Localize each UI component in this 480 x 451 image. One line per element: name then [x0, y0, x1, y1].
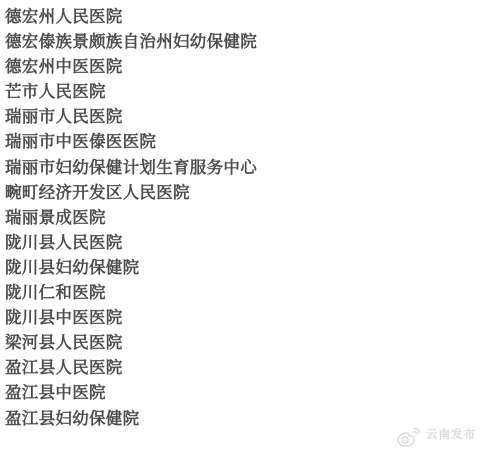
list-item: 陇川县人民医院 — [5, 231, 480, 256]
list-item: 陇川仁和医院 — [5, 281, 480, 306]
list-item: 陇川县妇幼保健院 — [5, 256, 480, 281]
watermark-text: 云南发布 — [426, 430, 476, 445]
list-item: 畹町经济开发区人民医院 — [5, 181, 480, 206]
list-item: 盈江县人民医院 — [5, 356, 480, 381]
list-item: 瑞丽市妇幼保健计划生育服务中心 — [5, 156, 480, 181]
list-item: 德宏州中医医院 — [5, 55, 480, 80]
screenshot-page: { "page": { "background": "#ffffff" }, "… — [0, 0, 480, 451]
list-item: 盈江县妇幼保健院 — [5, 407, 480, 432]
list-item: 芒市人民医院 — [5, 80, 480, 105]
list-item: 德宏州人民医院 — [5, 5, 480, 30]
list-item: 陇川县中医医院 — [5, 306, 480, 331]
list-item: 梁河县人民医院 — [5, 331, 480, 356]
list-item: 德宏傣族景颇族自治州妇幼保健院 — [5, 30, 480, 55]
hospital-list: 德宏州人民医院德宏傣族景颇族自治州妇幼保健院德宏州中医医院芒市人民医院瑞丽市人民… — [0, 0, 480, 432]
list-item: 瑞丽景成医院 — [5, 206, 480, 231]
list-item: 瑞丽市人民医院 — [5, 105, 480, 130]
list-item: 盈江县中医院 — [5, 381, 480, 406]
list-item: 瑞丽市中医傣医医院 — [5, 130, 480, 155]
